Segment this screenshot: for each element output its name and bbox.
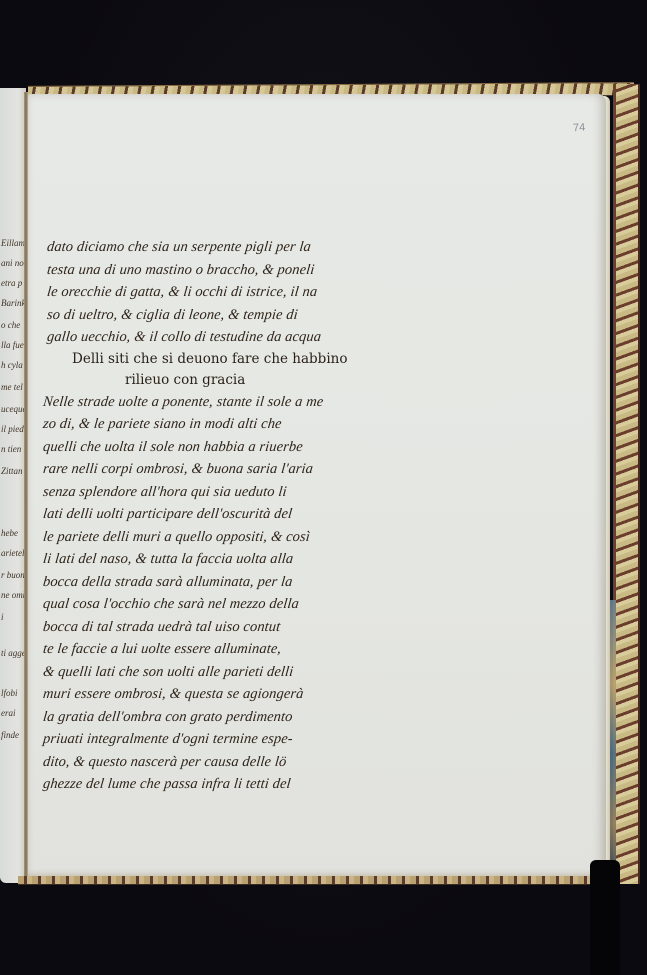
left-fragment: ne ombr: [1, 590, 26, 600]
text-line: la gratia dell'ombra con grato perdiment…: [42, 706, 391, 729]
left-fragment: lla fue: [1, 340, 24, 350]
text-line: & quelli lati che son uolti alle parieti…: [42, 661, 391, 684]
text-line: qual cosa l'occhio che sarà nel mezzo de…: [42, 593, 391, 616]
left-fragment: Eillam: [1, 238, 25, 248]
left-fragment: r buona: [1, 570, 26, 580]
left-fragment: uceque: [1, 404, 26, 414]
left-fragment: n tien: [1, 444, 21, 454]
section-heading: Delli siti che si deuono fare che habbin…: [72, 349, 390, 370]
text-line: gallo uecchio, & il collo di testudine d…: [46, 326, 391, 349]
left-fragment: ani no: [1, 258, 24, 268]
text-line: muri essere ombrosi, & questa se agionge…: [42, 683, 391, 706]
left-fragment: me tel: [1, 382, 23, 392]
text-line: bocca della strada sarà alluminata, per …: [42, 571, 391, 594]
left-fragment: i: [1, 612, 4, 622]
text-line: le pariete delli muri a quello oppositi,…: [42, 526, 391, 549]
gilt-edge-right: [613, 84, 640, 884]
section-heading: rilieuo con gracia: [125, 370, 390, 391]
left-fragment: lfobi: [1, 688, 18, 698]
left-fragment: arietel: [1, 548, 25, 558]
folio-number: 74: [573, 122, 586, 135]
text-line: Nelle strade uolte a ponente, stante il …: [42, 391, 391, 414]
left-fragment: etra p: [1, 278, 22, 288]
text-line: zo di, & le pariete siano in modi alti c…: [42, 413, 391, 436]
left-fragment: Zittan: [1, 466, 23, 476]
text-line: senza splendore all'hora qui sia ueduto …: [42, 481, 391, 504]
left-fragment: finde: [1, 730, 19, 740]
text-line: quelli che uolta il sole non habbia a ri…: [42, 436, 391, 459]
text-line: lati delli uolti participare dell'oscuri…: [42, 503, 391, 526]
left-fragment: il piede: [1, 424, 26, 434]
text-line: rare nelli corpi ombrosi, & buona saria …: [42, 458, 391, 481]
gilt-edge-bottom: [18, 876, 594, 885]
book-clamp: [590, 860, 620, 975]
text-line: ghezze del lume che passa infra li tetti…: [42, 773, 391, 796]
manuscript-text: dato diciamo che sia un serpente pigli p…: [45, 236, 390, 796]
text-line: bocca di tal strada uedrà tal uiso contu…: [42, 616, 391, 639]
text-line: li lati del naso, & tutta la faccia uolt…: [42, 548, 391, 571]
left-fragment: h cyla: [1, 360, 23, 370]
text-line: testa una di uno mastino o braccho, & po…: [46, 259, 391, 282]
text-line: le orecchie di gatta, & li occhi di istr…: [46, 281, 391, 304]
text-line: dato diciamo che sia un serpente pigli p…: [46, 236, 391, 259]
section-body: Nelle strade uolte a ponente, stante il …: [43, 391, 390, 796]
text-line: priuati integralmente d'ogni termine esp…: [42, 728, 391, 751]
left-page-verso: Eillam ani no etra p Barink o che lla fu…: [0, 88, 26, 883]
left-fragment: o che: [1, 320, 20, 330]
left-fragment: erai: [1, 708, 16, 718]
text-line: te le faccie a lui uolte essere allumina…: [42, 638, 391, 661]
left-fragment: hebe: [1, 528, 18, 538]
text-line: dito, & questo nascerà per causa delle l…: [42, 751, 391, 774]
left-fragment: Barink: [1, 298, 26, 308]
text-line: so di ueltro, & ciglia di leone, & tempi…: [46, 304, 391, 327]
left-fragment: ti agge: [1, 648, 26, 658]
